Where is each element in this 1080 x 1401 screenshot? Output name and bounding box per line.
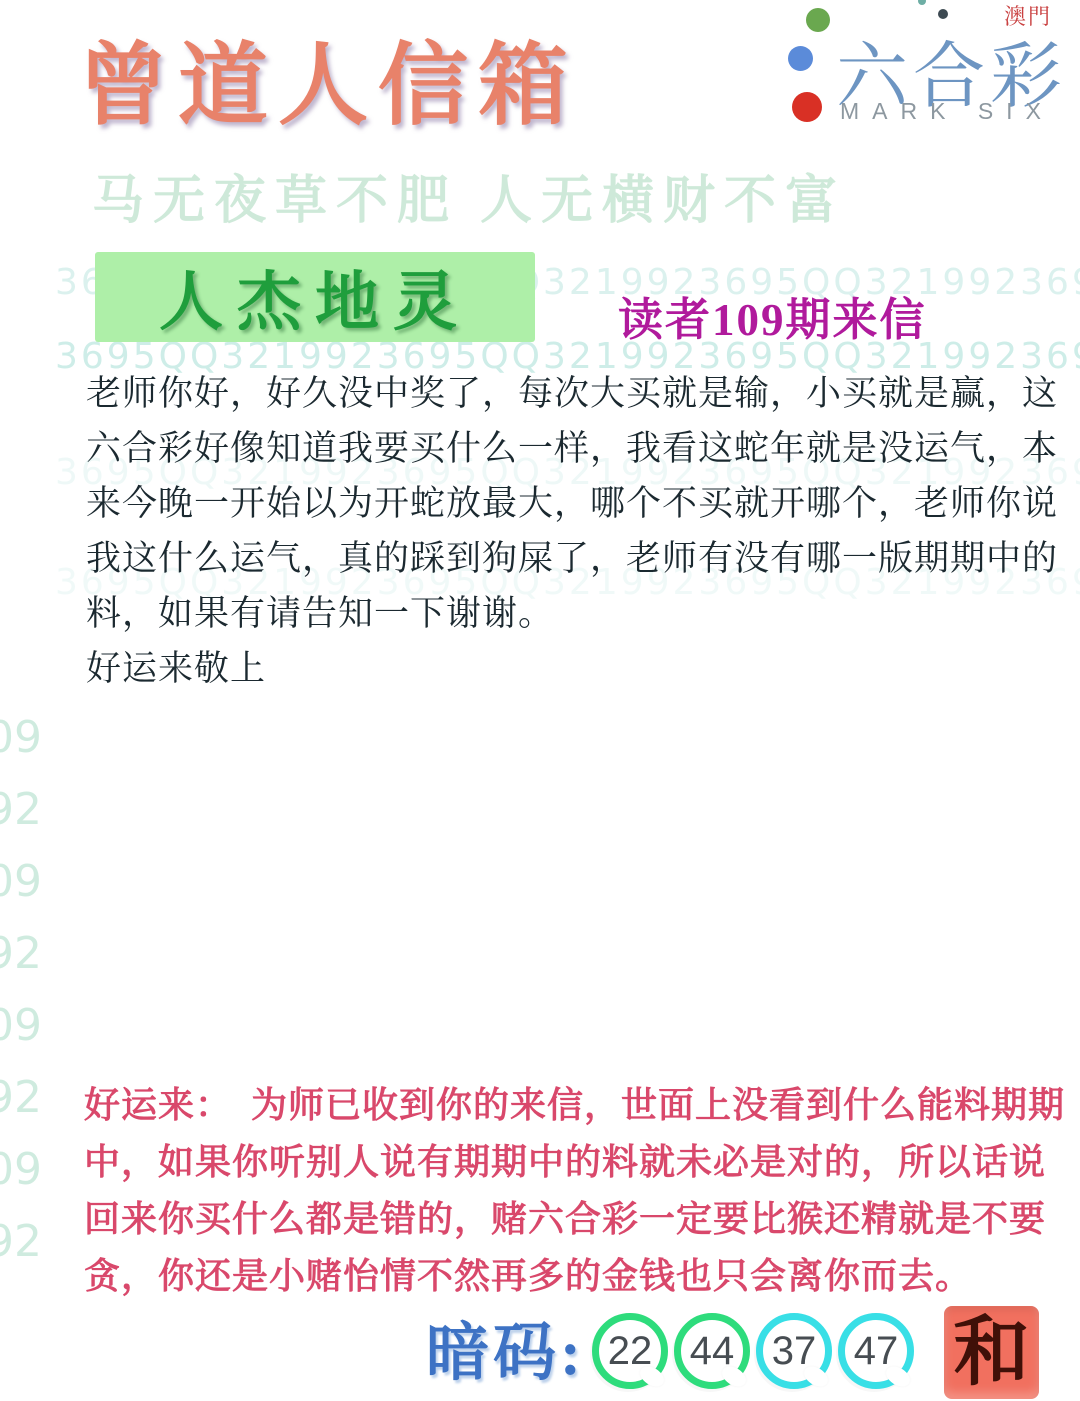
lottery-ball: 22: [592, 1313, 668, 1389]
letter-line: 六合彩好像知道我要买什么一样，我看这蛇年就是没运气，本: [86, 421, 1058, 476]
reply-line: 中，如果你听别人说有期期中的料就未必是对的，所以话说: [84, 1134, 1065, 1191]
section-badge: 人杰地灵: [95, 252, 535, 342]
reply-text: 好运来： 为师已收到你的来信，世面上没看到什么能料期期 中，如果你听别人说有期期…: [84, 1077, 1065, 1305]
letter-line: 老师你好，好久没中奖了，每次大买就是输，小买就是赢，这: [86, 366, 1058, 421]
letter-line: 我这什么运气，真的踩到狗屎了，老师有没有哪一版期期中的: [86, 531, 1058, 586]
reply-line: 好运来： 为师已收到你的来信，世面上没看到什么能料期期: [84, 1077, 1065, 1134]
ball-number: 22: [608, 1329, 653, 1374]
issue-label: 读者109期来信: [618, 283, 927, 348]
ball-number: 37: [772, 1329, 817, 1374]
letter-line: 料，如果有请告知一下谢谢。: [86, 586, 1058, 641]
watermark-edge-column: 09 92 09 92 09 92 09 92: [0, 702, 42, 1278]
logo-dot-green-icon: [806, 8, 830, 32]
letter-line: 来今晚一开始以为开蛇放最大，哪个不买就开哪个，老师你说: [86, 476, 1058, 531]
secret-code-balls: 22 44 37 47: [592, 1313, 914, 1389]
logo-dot-blue-icon: [788, 46, 813, 71]
logo-region: 澳門: [1004, 0, 1052, 31]
reply-line: 回来你买什么都是错的，赌六合彩一定要比猴还精就是不要: [84, 1191, 1065, 1248]
watermark-proverb: 马无夜草不肥 人无横财不富: [92, 158, 846, 233]
logo-dot-teal-icon: [918, 0, 926, 5]
badge-label: 人杰地灵: [159, 251, 471, 343]
secret-code-label: 暗码:: [426, 1302, 585, 1393]
marksix-logo: 六合彩 MARK SIX 澳門: [780, 0, 1080, 140]
logo-dot-red-icon: [792, 92, 822, 122]
reply-line: 贪，你还是小赌怡情不然再多的金钱也只会离你而去。: [84, 1248, 1065, 1305]
seal-character: 和: [954, 1315, 1030, 1391]
ball-number: 47: [854, 1329, 899, 1374]
logo-subtitle: MARK SIX: [840, 98, 1054, 125]
lottery-ball: 44: [674, 1313, 750, 1389]
lottery-ball: 37: [756, 1313, 832, 1389]
reader-letter: 老师你好，好久没中奖了，每次大买就是输，小买就是赢，这 六合彩好像知道我要买什么…: [86, 366, 1058, 696]
page: 马无夜草不肥 人无横财不富 3695QQ3219923695QQ32199236…: [0, 0, 1080, 1401]
ball-number: 44: [690, 1329, 735, 1374]
page-title: 曾道人信箱: [78, 12, 578, 142]
letter-line: 好运来敬上: [86, 641, 1058, 696]
lottery-ball: 47: [838, 1313, 914, 1389]
harmony-seal: 和: [944, 1306, 1039, 1399]
